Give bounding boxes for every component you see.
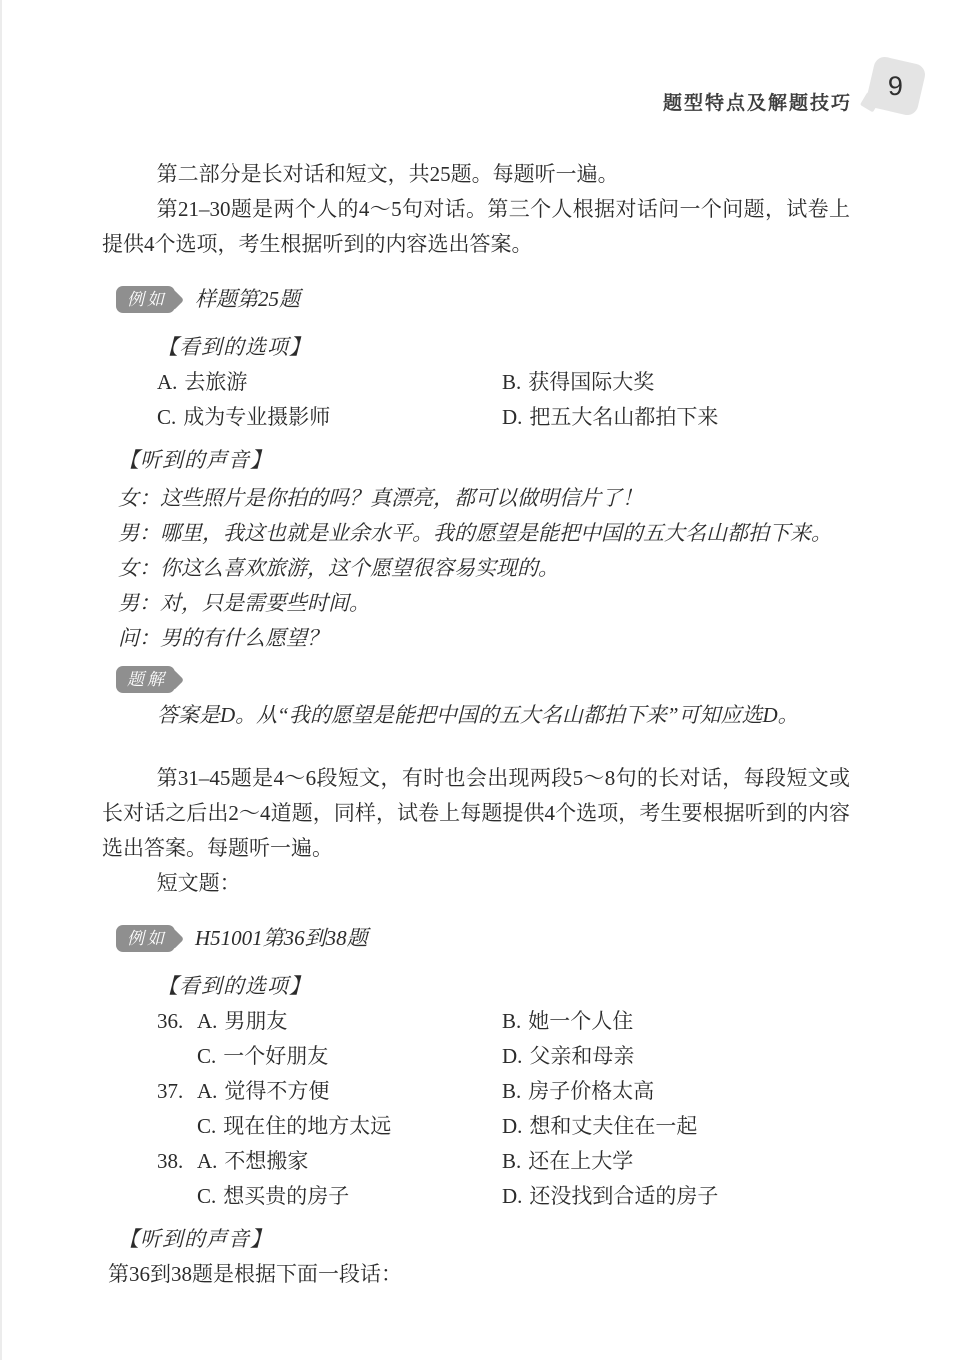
question-row: D.还没找到合适的房子 (502, 1179, 850, 1214)
question-row: C.一个好朋友 (157, 1039, 502, 1074)
part2-section: 第31–45题是4～6段短文，有时也会出现两段5～8句的长对话，每段短文或长对话… (102, 761, 850, 901)
part2-paragraph-2: 短文题： (102, 866, 850, 901)
option-label: A. (157, 370, 177, 394)
option-label: D. (502, 1044, 522, 1068)
option-label: A. (197, 1079, 217, 1103)
option-label: B. (502, 370, 521, 394)
answer-tag: 题解 (116, 666, 175, 693)
running-head: 题型特点及解题技巧 9 (663, 60, 922, 115)
dialogue-line: 问：男的有什么愿望？ (118, 621, 850, 656)
example-tag: 例如 (116, 286, 175, 313)
example1-heading: 例如 样题第25题 (102, 282, 850, 317)
example2-seen-header: 【看到的选项】 (102, 969, 850, 1004)
page-number-badge: 9 (865, 55, 927, 117)
example2-questions: 36.A.男朋友 B.她一个人住 C.一个好朋友 D.父亲和母亲 37.A.觉得… (102, 1004, 850, 1214)
question-36: 36.A.男朋友 B.她一个人住 C.一个好朋友 D.父亲和母亲 (157, 1004, 850, 1074)
example1-title: 样题第25题 (195, 282, 300, 317)
example1-dialogue: 女：这些照片是你拍的吗？真漂亮，都可以做明信片了！ 男：哪里，我这也就是业余水平… (102, 481, 850, 656)
option-text: 男朋友 (224, 1009, 287, 1033)
option-a: A.去旅游 (157, 365, 502, 400)
option-text: 想买贵的房子 (223, 1184, 349, 1208)
question-row: B.她一个人住 (502, 1004, 850, 1039)
question-row: D.想和丈夫住在一起 (502, 1109, 850, 1144)
example1-options: A.去旅游 B.获得国际大奖 C.成为专业摄影师 D.把五大名山都拍下来 (102, 365, 850, 435)
dialogue-line: 女：你这么喜欢旅游，这个愿望很容易实现的。 (118, 551, 850, 586)
dialogue-line: 男：对，只是需要些时间。 (118, 586, 850, 621)
example-tag: 例如 (116, 925, 175, 952)
question-number: 38. (157, 1144, 197, 1179)
option-text: 不想搬家 (224, 1149, 308, 1173)
example2-heading: 例如 H51001第36到38题 (102, 921, 850, 956)
example1-seen-header: 【看到的选项】 (102, 330, 850, 365)
option-label: D. (502, 1114, 522, 1138)
option-label: C. (197, 1114, 216, 1138)
book-page: 题型特点及解题技巧 9 第二部分是长对话和短文，共25题。每题听一遍。 第21–… (0, 0, 980, 1360)
option-label: B. (502, 1149, 521, 1173)
option-text: 父亲和母亲 (529, 1044, 634, 1068)
option-text: 她一个人住 (528, 1009, 633, 1033)
option-d: D.把五大名山都拍下来 (502, 400, 850, 435)
question-38: 38.A.不想搬家 B.还在上大学 C.想买贵的房子 D.还没找到合适的房子 (157, 1144, 850, 1214)
question-row: B.还在上大学 (502, 1144, 850, 1179)
option-text: 还没找到合适的房子 (529, 1184, 718, 1208)
dialogue-line: 女：这些照片是你拍的吗？真漂亮，都可以做明信片了！ (118, 481, 850, 516)
example1-heard-header: 【听到的声音】 (102, 443, 850, 478)
chapter-title: 题型特点及解题技巧 (663, 88, 852, 115)
option-text: 房子价格太高 (528, 1079, 654, 1103)
option-label: A. (197, 1009, 217, 1033)
option-text: 成为专业摄影师 (183, 405, 330, 429)
option-label: C. (157, 405, 176, 429)
example2-heard-intro: 第36到38题是根据下面一段话： (102, 1257, 850, 1292)
question-row: B.房子价格太高 (502, 1074, 850, 1109)
option-label: B. (502, 1079, 521, 1103)
dialogue-line: 男：哪里，我这也就是业余水平。我的愿望是能把中国的五大名山都拍下来。 (118, 516, 850, 551)
answer-heading: 题解 (102, 666, 850, 693)
option-b: B.获得国际大奖 (502, 365, 850, 400)
question-row: 36.A.男朋友 (157, 1004, 502, 1039)
option-text: 想和丈夫住在一起 (529, 1114, 697, 1138)
example2-heard-header: 【听到的声音】 (102, 1222, 850, 1257)
part2-paragraph-1: 第31–45题是4～6段短文，有时也会出现两段5～8句的长对话，每段短文或长对话… (102, 761, 850, 866)
option-label: C. (197, 1184, 216, 1208)
example2-title: H51001第36到38题 (195, 921, 368, 956)
option-c: C.成为专业摄影师 (157, 400, 502, 435)
option-label: B. (502, 1009, 521, 1033)
option-text: 去旅游 (184, 370, 247, 394)
option-text: 把五大名山都拍下来 (529, 405, 718, 429)
option-label: A. (197, 1149, 217, 1173)
question-number: 36. (157, 1004, 197, 1039)
page-number: 9 (888, 71, 903, 102)
question-number: 37. (157, 1074, 197, 1109)
question-row: 37.A.觉得不方便 (157, 1074, 502, 1109)
question-row: C.现在住的地方太远 (157, 1109, 502, 1144)
option-text: 一个好朋友 (223, 1044, 328, 1068)
intro-paragraph-1: 第二部分是长对话和短文，共25题。每题听一遍。 (102, 157, 850, 192)
option-text: 觉得不方便 (224, 1079, 329, 1103)
question-37: 37.A.觉得不方便 B.房子价格太高 C.现在住的地方太远 D.想和丈夫住在一… (157, 1074, 850, 1144)
question-row: D.父亲和母亲 (502, 1039, 850, 1074)
option-label: C. (197, 1044, 216, 1068)
option-label: D. (502, 405, 522, 429)
page-content: 第二部分是长对话和短文，共25题。每题听一遍。 第21–30题是两个人的4～5句… (102, 157, 850, 1292)
option-text: 现在住的地方太远 (223, 1114, 391, 1138)
intro-paragraph-2: 第21–30题是两个人的4～5句对话。第三个人根据对话问一个问题，试卷上提供4个… (102, 192, 850, 262)
option-text: 获得国际大奖 (528, 370, 654, 394)
option-label: D. (502, 1184, 522, 1208)
option-text: 还在上大学 (528, 1149, 633, 1173)
question-row: 38.A.不想搬家 (157, 1144, 502, 1179)
question-row: C.想买贵的房子 (157, 1179, 502, 1214)
answer-text: 答案是D。从“我的愿望是能把中国的五大名山都拍下来”可知应选D。 (102, 698, 850, 733)
